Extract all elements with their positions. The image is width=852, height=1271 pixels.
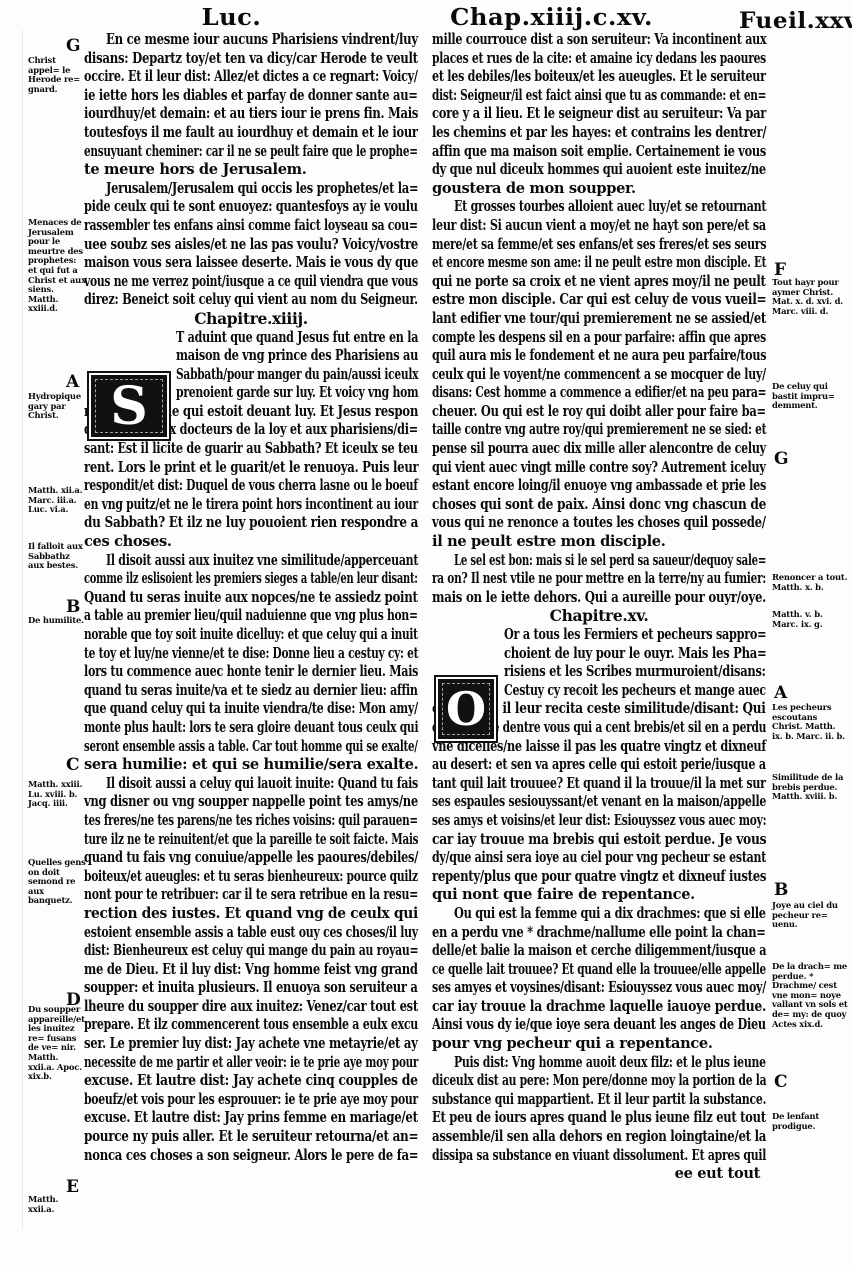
text-line: tes freres/ne tes parens/ne tes riches v… (84, 812, 418, 831)
text-line: estant encore loing/il enuoye vng ambass… (432, 477, 766, 496)
text-line: pense sil pourra auec dix mille aller al… (432, 440, 766, 459)
text-line: au desert: et sen va apres celle qui est… (432, 756, 766, 775)
text-line: a table au premier lieu/quil naduienne q… (84, 607, 418, 626)
text-line: Or a tous les Fermiers et pecheurs sappr… (432, 626, 766, 645)
text-line: quand tu fais vng conuiue/appelle les pa… (84, 849, 418, 868)
text-line: disans: Cest homme a commence a edifier/… (432, 384, 766, 403)
text-line: ceulx qui le voyent/ne commencent a se m… (432, 366, 766, 385)
text-line: places et rues de la cite: et amaine icy… (432, 50, 766, 69)
text-line: prepare. Et ilz commencerent tous ensemb… (84, 1016, 418, 1035)
paragraph: Et grosses tourbes alloient auec luy/et … (432, 198, 766, 551)
text-line: vous ne me verrez point/iusque a ce quil… (84, 273, 418, 292)
text-line: rassembler tes enfans ainsi comme faict … (84, 217, 418, 236)
ornament-border (442, 683, 490, 735)
text-line: Et grosses tourbes alloient auec luy/et … (432, 198, 766, 217)
text-line: maison de vng prince des Pharisiens au (84, 347, 418, 366)
text-line: excuse. Et lautre dist: Jay achete cinq … (84, 1072, 418, 1091)
text-line: mais on le iette dehors. Qui a aureille … (432, 589, 766, 608)
text-line: ses espaules sesiouyssant/et venant en l… (432, 793, 766, 812)
text-line: et les debiles/les boiteux/et les aueugl… (432, 68, 766, 87)
text-line: seront ensemble assis a table. Car tout … (84, 738, 418, 757)
text-line: ces choses. (84, 533, 418, 552)
text-line: gousterа de mon soupper. (432, 180, 766, 199)
text-line: tant quil lait trouuee? Et quand il la t… (432, 775, 766, 794)
text-line: substance qui mappartient. Et il leur pa… (432, 1091, 766, 1110)
text-line: Ou qui est la femme qui a dix drachmes: … (432, 905, 766, 924)
text-line: Il disoit aussi a celuy qui lauoit inuit… (84, 775, 418, 794)
text-line: il ne peult estre mon disciple. (432, 533, 766, 552)
text-line: iourdhuy/et demain: et au tiers iour ie … (84, 105, 418, 124)
text-line: ensuyuant cheminer: car il ne se peult f… (84, 143, 418, 162)
text-line: direz: Beneict soit celuy qui vient au n… (84, 291, 418, 310)
ornament-border (95, 379, 163, 433)
section-letter: B (774, 880, 788, 900)
catchword: ee eut tout (432, 1165, 766, 1184)
paragraph: mille courrouce dist a son seruiteur: Va… (432, 31, 766, 198)
text-line: boeufz/et vois pour les esprouuer: ie te… (84, 1091, 418, 1110)
text-line: dist: Seigneur/il est faict ainsi que tu… (432, 87, 766, 106)
text-line: nonca ces choses a son seigneur. Alors l… (84, 1147, 418, 1166)
marginal-note: Matth. v. b. Marc. ix. g. (772, 610, 848, 629)
text-line: qui ne porte sa croix et ne vient apres … (432, 273, 766, 292)
text-line: sant: Est il licite de guarir au Sabbath… (84, 440, 418, 459)
section-letter: E (66, 1177, 79, 1197)
text-line: repenty/plus que pour quatre vingtz et d… (432, 868, 766, 887)
text-line: du Sabbath? Et ilz ne luy pouoient rien … (84, 514, 418, 533)
text-line: te meure hors de Jerusalem. (84, 161, 418, 180)
text-line: occire. Et il leur dist: Allez/et dictes… (84, 68, 418, 87)
section-letter: C (66, 755, 80, 775)
marginal-note: Hydropique gary par Christ. (28, 392, 86, 421)
text-line: me de Dieu. Et il luy dist: Vng homme fe… (84, 961, 418, 980)
paragraph: Il disoit aussi a celuy qui lauoit inuit… (84, 775, 418, 1165)
text-line: respondit/et dist: Duquel de vous cherra… (84, 477, 418, 496)
text-line: vous qui ne renonce a toutes les choses … (432, 514, 766, 533)
text-line: quil aura mis le fondement et ne aura pe… (432, 347, 766, 366)
text-line: en a perdu vne * drachme/nallume elle po… (432, 924, 766, 943)
text-line: En ce mesme iour aucuns Pharisiens vindr… (84, 31, 418, 50)
marginal-note: De lenfant prodigue. (772, 1112, 848, 1131)
text-line: T aduint que quand Jesus fut entre en la (84, 329, 418, 348)
text-line: disans: Departz toy/et ten va dicy/car H… (84, 50, 418, 69)
text-line: en vng puitz/et ne le tirera point hors … (84, 496, 418, 515)
text-line: que quand celuy qui ta inuite viendra/te… (84, 700, 418, 719)
book-page: Luc. Chap.xiiij.c.xv. Fueil.xxv. En ce m… (0, 0, 852, 1271)
marginal-note: Joye au ciel du pecheur re= uenu. (772, 901, 848, 930)
decorated-initial: S (87, 371, 171, 441)
text-line: ra on? Il nest vtile ne pour mettre en l… (432, 570, 766, 589)
paragraph: Il disoit aussi aux inuitez vne similitu… (84, 552, 418, 775)
section-letter: A (774, 683, 787, 703)
text-line: te toy et luy/ne vienne/et te dise: Donn… (84, 645, 418, 664)
marginal-note: Les pecheurs escoutans Christ. Matth. ix… (772, 703, 848, 741)
text-line: car iay trouue ma brebis qui estoit perd… (432, 831, 766, 850)
text-line: estoient ensemble assis a table eust ouy… (84, 924, 418, 943)
text-line: quand tu seras inuite/va et te siedz au … (84, 682, 418, 701)
text-line: ie iette hors les diables et parfay de d… (84, 87, 418, 106)
text-line: affin que ma maison soit emplie. Certain… (432, 143, 766, 162)
text-line: core y a il lieu. Et le seigneur dist au… (432, 105, 766, 124)
text-line: diceulx dist au pere: Mon pere/donne moy… (432, 1072, 766, 1091)
text-line: delle/et balie la maison et cerche dilig… (432, 942, 766, 961)
text-line: Ainsi vous dy ie/que ioye sera deuant le… (432, 1016, 766, 1035)
text-line: taille contre vng autre roy/qui premiere… (432, 421, 766, 440)
text-line: toutesfoys il me fault au iourdhuy et de… (84, 124, 418, 143)
text-line: excuse. Et lautre dist: Jay prins femme … (84, 1109, 418, 1128)
text-line: uee soubz ses aisles/et ne las pas voulu… (84, 236, 418, 255)
text-line: nont pour te retribuer: car il te sera r… (84, 886, 418, 905)
marginal-note: De la drach= me perdue. * Drachme/ cest … (772, 962, 848, 1029)
text-line: monte plus hault: lors te sera gloire de… (84, 719, 418, 738)
marginal-note: Matth. xxii.a. (28, 1195, 86, 1214)
text-line: rection des iustes. Et quand vng de ceul… (84, 905, 418, 924)
text-line: Puis dist: Vng homme auoit deux filz: et… (432, 1054, 766, 1073)
text-line: ses amys et voisins/et leur dist: Esiouy… (432, 812, 766, 831)
text-line: ce quelle lait trouuee? Et quand elle la… (432, 961, 766, 980)
text-line: maison vous sera laissee deserte. Mais i… (84, 254, 418, 273)
text-line: ture ilz ne te reinuitent/et que la pare… (84, 831, 418, 850)
marginal-note: Menaces de Jerusalem pour le meurtre des… (28, 218, 86, 314)
page-edge (22, 30, 23, 1230)
marginal-note: Du soupper appareille/et les inuitez re=… (28, 1005, 86, 1082)
text-line: necessite de me partir et aller veoir: i… (84, 1054, 418, 1073)
text-line: norable que toy soit inuite dicelluy: et… (84, 626, 418, 645)
paragraph: Ou qui est la femme qui a dix drachmes: … (432, 905, 766, 1054)
text-line: mere/et sa femme/et ses enfans/et ses fr… (432, 236, 766, 255)
paragraph: Puis dist: Vng homme auoit deux filz: et… (432, 1054, 766, 1166)
text-line: pour vng pecheur qui a repentance. (432, 1035, 766, 1054)
marginal-note: Quelles gens on doit semond re aux banqu… (28, 858, 86, 906)
section-letter: G (66, 36, 81, 56)
text-line: ser. Le premier luy dist: Jay achete vne… (84, 1035, 418, 1054)
text-line: compte les despens sil en a pour parfair… (432, 329, 766, 348)
chapter-heading: Chapitre.xiiij. (84, 310, 418, 329)
paragraph: Jerusalem/Jerusalem qui occis les prophe… (84, 180, 418, 310)
text-line: choses qui sont de paix. Ainsi donc vng … (432, 496, 766, 515)
marginal-note: Similitude de la brebis perdue. Matth. x… (772, 773, 848, 802)
text-line: Il disoit aussi aux inuitez vne similitu… (84, 552, 418, 571)
section-letter: C (774, 1072, 788, 1092)
left-text-column: En ce mesme iour aucuns Pharisiens vindr… (84, 31, 418, 1165)
text-line: cheuer. Ou qui est le roy qui doibt alle… (432, 403, 766, 422)
text-line: Et peu de iours apres quand le plus ieun… (432, 1109, 766, 1128)
text-line: rent. Lors le print et le guarit/et le r… (84, 459, 418, 478)
text-line: sera humilie: et qui se humilie/sera exa… (84, 756, 418, 775)
text-line: estre mon disciple. Car qui est celuy de… (432, 291, 766, 310)
text-line: leur dist: Si aucun vient a moy/et ne ha… (432, 217, 766, 236)
marginal-note: Tout hayr pour aymer Christ. Mat. x. d. … (772, 278, 848, 316)
marginal-note: Christ appel= le Herode re= gnard. (28, 56, 86, 94)
text-line: assemble/il sen alla dehors en region lo… (432, 1128, 766, 1147)
text-line: les chemins et par les hayes: et contrai… (432, 124, 766, 143)
text-line: dissipa sa substance en viuant dissolume… (432, 1147, 766, 1166)
text-line: mille courrouce dist a son seruiteur: Va… (432, 31, 766, 50)
text-line: Quand tu seras inuite aux nopces/ne te a… (84, 589, 418, 608)
text-line: lant edifier vne tour/qui premierement n… (432, 310, 766, 329)
text-line: et encore mesme son ame: il ne peult est… (432, 254, 766, 273)
text-line: qui vient auec vingt mille contre soy? A… (432, 459, 766, 478)
section-letter: A (66, 372, 79, 392)
text-line: lheure du soupper dire aux inuitez: Vene… (84, 998, 418, 1017)
text-line: comme ilz eslisoient les premiers sieges… (84, 570, 418, 589)
text-line: choient de luy pour le ouyr. Mais les Ph… (432, 645, 766, 664)
text-line: lors tu commence auec honte tenir le der… (84, 663, 418, 682)
text-line: car iay trouue la drachme laquelle iauoy… (432, 998, 766, 1017)
text-line: vng disner ou vng soupper nappelle point… (84, 793, 418, 812)
text-line: dy/que ainsi sera ioye au ciel pour vng … (432, 849, 766, 868)
text-line: soupper: et inuita plusieurs. Il enuoya … (84, 979, 418, 998)
chapter-heading: Chapitre.xv. (432, 607, 766, 626)
text-line: dist: Bienheureux est celuy qui mange du… (84, 942, 418, 961)
chapter-range: Chap.xiiij.c.xv. (450, 4, 653, 31)
marginal-note: De humilite. (28, 616, 86, 626)
marginal-note: Matth. xxiii. Lu. xviii. b. Jacq. iiii. (28, 780, 86, 809)
text-line: pide ceulx qui te sont enuoyez: quantesf… (84, 198, 418, 217)
marginal-note: Matth. xii.a. Marc. iii.a. Luc. vi.a. (28, 486, 86, 515)
marginal-note: Il falloit aux Sabbathz aux bestes. (28, 542, 86, 571)
paragraph: Le sel est bon: mais si le sel perd sa s… (432, 552, 766, 608)
text-line: dy que nul diceulx hommes qui auoient es… (432, 161, 766, 180)
section-letter: G (774, 449, 789, 469)
text-line: Jerusalem/Jerusalem qui occis les prophe… (84, 180, 418, 199)
section-letter: B (66, 597, 80, 617)
book-title: Luc. (202, 4, 262, 31)
text-line: Le sel est bon: mais si le sel perd sa s… (432, 552, 766, 571)
text-line: qui nont que faire de repentance. (432, 886, 766, 905)
decorated-initial: O (434, 675, 498, 743)
marginal-note: De celuy qui bastit impru= demment. (772, 382, 848, 411)
right-text-column: mille courrouce dist a son seruiteur: Va… (432, 31, 766, 1184)
marginal-note: Renoncer a tout. Matth. x. b. (772, 573, 848, 592)
paragraph: En ce mesme iour aucuns Pharisiens vindr… (84, 31, 418, 180)
text-line: boiteux/et aueugles: et tu seras bienheu… (84, 868, 418, 887)
text-line: pource ny puis aller. Et le seruiteur re… (84, 1128, 418, 1147)
text-line: ses amyes et voysines/disant: Esiouyssez… (432, 979, 766, 998)
